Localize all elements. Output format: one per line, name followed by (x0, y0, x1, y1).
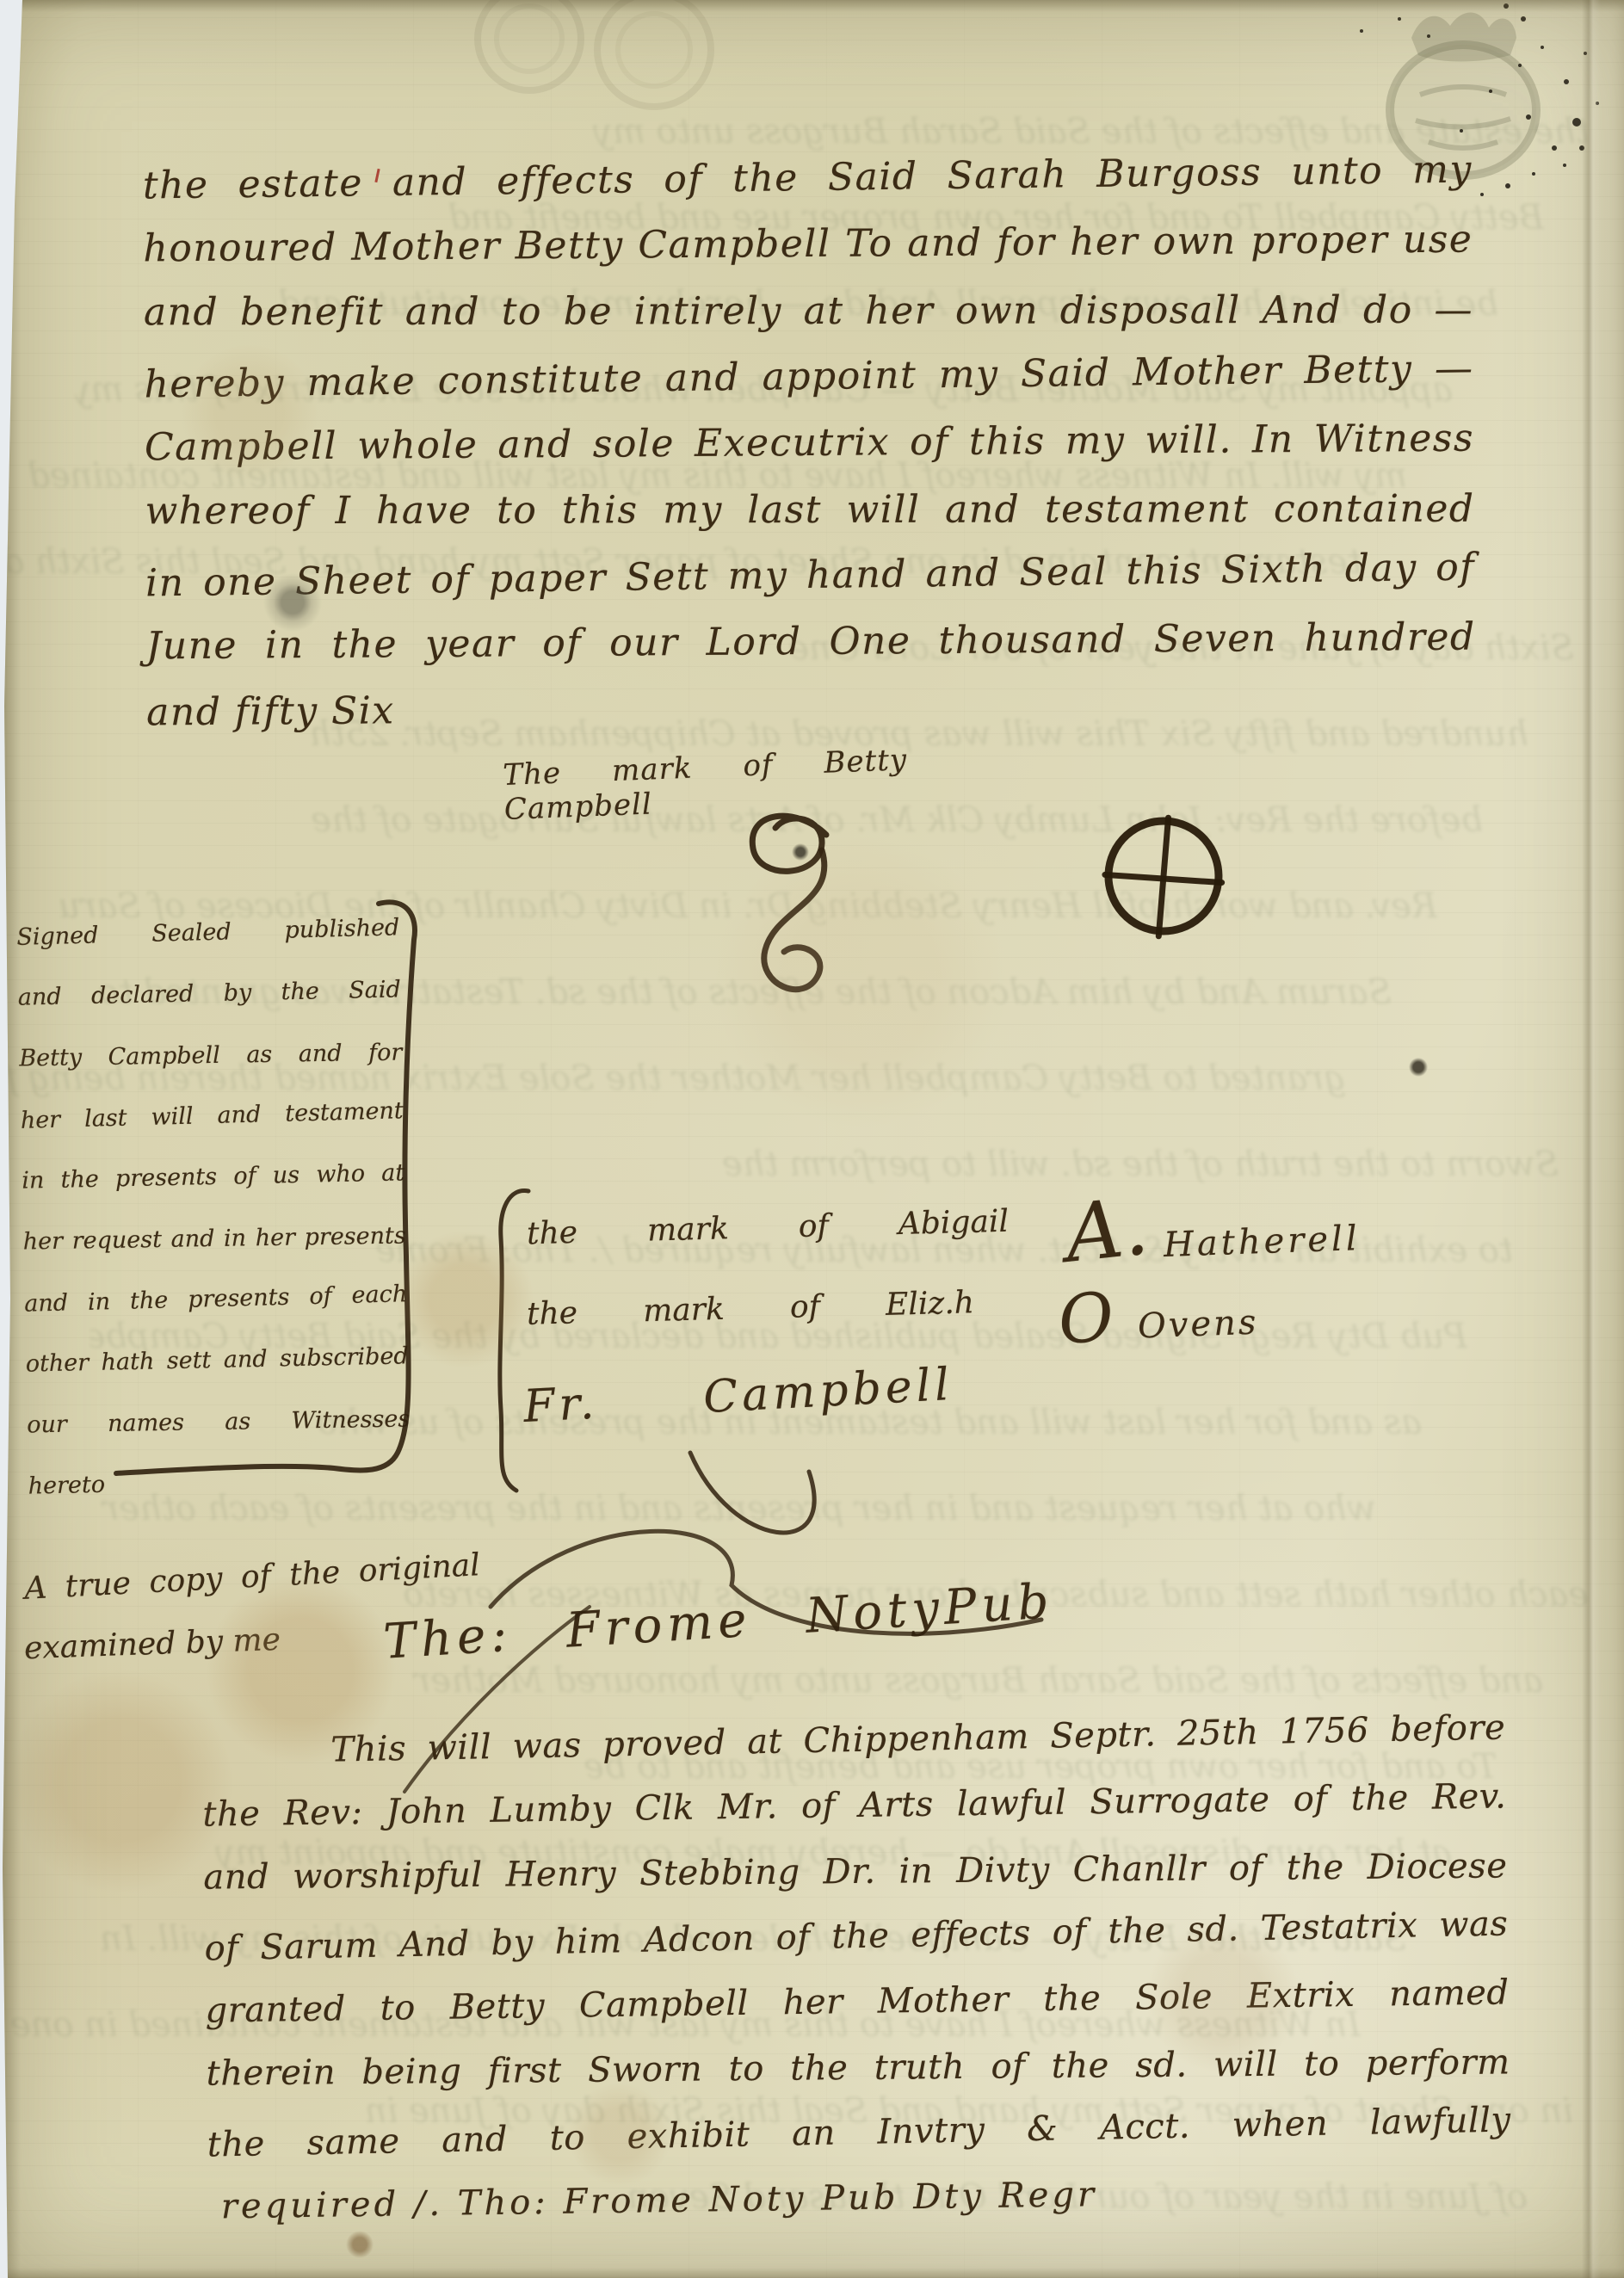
manuscript-line: honoured Mother Betty Campbell To and fo… (143, 207, 1473, 282)
attestation-block: Signed Sealed published and declared by … (16, 898, 412, 1516)
attestation-line: and declared by the Said (17, 959, 401, 1028)
manuscript-line: whereof I have to this my last will and … (145, 476, 1474, 545)
witness-signature-fr-campbell: Fr. Campbell (522, 1359, 954, 1433)
blind-embossed-seal-icon (448, 0, 740, 129)
attestation-line: in the presents of us who at (22, 1142, 405, 1211)
bleed-through-line: and effects of the Said Sarah Burgoss un… (166, 1661, 1543, 1701)
manuscript-line: and benefit and to be intirely at her ow… (144, 277, 1473, 346)
manuscript-page: the estate and effects of the Said Sarah… (0, 0, 1624, 2278)
betty-campbell-monogram-icon (693, 799, 865, 1027)
will-body-text: the estate and effects of the Said Sarah… (143, 140, 1477, 746)
circle-cross-mark-icon (1091, 799, 1237, 952)
certification-line: A true copy of the original (23, 1547, 480, 1607)
paper: the estate and effects of the Said Sarah… (0, 0, 1624, 2278)
attestation-line: hereto (28, 1448, 411, 1516)
probate-clause: This will was proved at Chippenham Septr… (201, 1698, 1512, 2239)
witness-name-ovens: Ovens (1137, 1303, 1259, 1347)
attestation-line: other hath sett and subscribed (25, 1325, 409, 1394)
witness-mark-caption-eliz: the mark of Eliz.h (527, 1285, 975, 1332)
attestation-line: Betty Campbell as and for (19, 1022, 403, 1090)
notary-signature-frome: The: Frome NotyPub (382, 1573, 1056, 1670)
campbell-signature-flourish-icon (680, 1446, 869, 1592)
manuscript-line: Campbell whole and sole Executrix of thi… (145, 405, 1475, 481)
manuscript-line: the estate and effects of the Said Sarah… (142, 137, 1473, 219)
witness-mark-eliz: O (1056, 1279, 1116, 1360)
witness-name-hatherell: Hatherell (1163, 1219, 1361, 1265)
manuscript-line: hereby make constitute and appoint my Sa… (144, 336, 1474, 418)
attestation-line: her last will and testament (20, 1080, 404, 1151)
manuscript-line: and fifty Six (146, 670, 1476, 746)
fold-crease (1582, 0, 1601, 2278)
attestation-line: her request and in her presents (22, 1206, 406, 1273)
manuscript-line: in one Sheet of paper Sett my hand and S… (145, 534, 1476, 617)
witness-mark-caption-abigail: the mark of Abigail (527, 1204, 1010, 1252)
attestation-line: and in the presents of each (23, 1263, 408, 1335)
certification-line: examined by me (23, 1622, 281, 1666)
attestation-line: our names as Witnesses (27, 1388, 411, 1455)
attestation-line: Signed Sealed published (15, 897, 400, 968)
testatrix-mark-caption: The mark of Betty Campbell (503, 743, 910, 827)
manuscript-line: June in the year of our Lord One thousan… (145, 604, 1476, 680)
witness-mark-abigail: A. (1061, 1180, 1152, 1280)
